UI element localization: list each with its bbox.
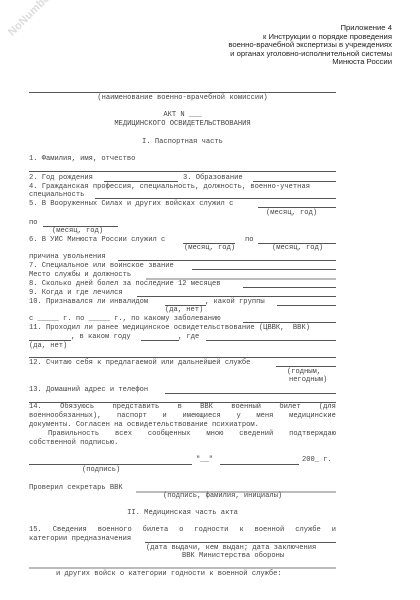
field-education-label: 3. Образование [183, 174, 243, 183]
word: и [163, 412, 167, 421]
word: всех [115, 430, 132, 439]
signature-caption: (подпись) [82, 466, 120, 475]
pledge-line-1: 14. Обязуюсь представить в ВВК военный б… [29, 403, 336, 412]
signature-field[interactable] [29, 464, 192, 465]
field-disability-label: 10. Признавался ли инвалидом [29, 298, 148, 307]
document-page: NoNumber.ru Приложение 4 к Инструкции о … [0, 0, 420, 600]
word: имеющиеся [182, 412, 220, 421]
word: ВВК [200, 403, 213, 412]
word: к [239, 526, 243, 535]
commission-caption: (наименование военно-врачебной комиссии) [29, 94, 336, 103]
fitness-field[interactable] [276, 366, 336, 367]
birth-year-field[interactable] [104, 181, 178, 182]
disability-period-label: с _____ г. по _____ г., по какому заболе… [29, 315, 221, 324]
appendix-line: Минюста России [228, 58, 392, 67]
field-fitness-label: 12. Считаю себя к предлагаемой или дальн… [29, 359, 250, 368]
military-id-caption-2: ВВК Министерства обороны [182, 552, 284, 561]
word: службе [295, 526, 321, 535]
field-uis-service-label: 6. В УИС Минюста России служил с [29, 236, 165, 245]
previous-exam-where-label: , где [178, 333, 199, 342]
word: военной [255, 526, 285, 535]
previous-exam-year-label: , в каком году [71, 333, 131, 342]
field-sick-days-label: 8. Сколько дней болел за последние 12 ме… [29, 280, 221, 289]
previous-exam-where-field[interactable] [206, 340, 336, 341]
month-year-caption: (месяц, год) [52, 227, 103, 236]
date-day[interactable]: "__" [196, 456, 213, 465]
disability-disease-field[interactable] [243, 322, 336, 323]
act-number: АКТ N ___ [29, 111, 336, 120]
service-place-label: Место службы и должность [29, 271, 131, 280]
treatment-field[interactable] [137, 296, 336, 297]
military-id-field[interactable] [145, 542, 336, 543]
full-name-field[interactable] [29, 171, 336, 172]
month-year-caption: (месяц, год) [266, 209, 317, 218]
rank-field[interactable] [192, 269, 336, 270]
field-rank-label: 7. Специальное или воинское звание [29, 262, 174, 271]
pledge-line-5: собственной подписью. [29, 439, 118, 448]
word: 15. [29, 526, 42, 535]
word: в [178, 403, 182, 412]
date-month-field[interactable] [220, 464, 299, 465]
disability-group-label: , какой группы [205, 298, 265, 307]
word: годности [194, 526, 228, 535]
word: военного [98, 526, 132, 535]
word: Правильность [48, 430, 99, 439]
address-field[interactable] [165, 393, 336, 394]
word: билета [143, 526, 169, 535]
pledge-line-4: Правильность всех сообщенных мною сведен… [48, 430, 336, 439]
to-label: по [29, 219, 38, 228]
education-field[interactable] [253, 181, 336, 182]
secretary-caption: (подпись, фамилия, инициалы) [163, 492, 282, 501]
pledge-line-3: документы. Согласен на освидетельствован… [29, 421, 259, 430]
previous-exam-extra-field[interactable] [29, 357, 336, 358]
yes-no-caption: (да, нет) [29, 342, 67, 351]
military-id-field-2[interactable] [29, 567, 336, 569]
section2-title: II. Медицинская часть акта [29, 509, 336, 518]
profession-field[interactable] [95, 198, 336, 199]
word: (для [319, 403, 336, 412]
month-year-caption: (месяц, год) [184, 244, 235, 253]
field-armed-forces-label: 5. В Вооруженных Силах и других войсках … [29, 200, 233, 209]
section1-title: I. Паспортная часть [29, 138, 336, 147]
military-id-line-1: 15. Сведения военного билета о годности … [29, 526, 336, 535]
sick-days-field[interactable] [243, 287, 336, 288]
field-birth-year-label: 2. Год рождения [29, 174, 93, 183]
word: мною [206, 430, 223, 439]
field-treatment-label: 9. Когда и где лечился [29, 289, 123, 298]
act-title: МЕДИЦИНСКОГО ОСВИДЕТЕЛЬСТВОВАНИЯ [29, 120, 336, 129]
checked-by-label: Проверил секретарь ВВК [29, 484, 123, 493]
appendix-note: Приложение 4 к Инструкции о порядке пров… [228, 24, 392, 67]
military-id-line-3: и других войск о категории годности к во… [56, 570, 282, 579]
word: военнообязанных), [29, 412, 101, 421]
word: и [332, 526, 336, 535]
to-label: по [245, 236, 254, 245]
fit-unfit-caption: негодным) [289, 376, 327, 385]
word: меня [256, 412, 273, 421]
field-previous-exam-label: 11. Проходил ли ранее медицинское освиде… [29, 324, 310, 333]
field-profession-label-2: специальность [29, 191, 84, 200]
field-full-name-label: 1. Фамилия, имя, отчество [29, 155, 135, 164]
word: у [236, 412, 240, 421]
watermark: NoNumber.ru [6, 0, 65, 38]
dismissal-reason-field[interactable] [118, 260, 336, 261]
date-year: 200_ г. [302, 456, 332, 465]
dismissal-reason-label: причина увольнения [29, 253, 106, 262]
pledge-line-2: военнообязанных), паспорт и имеющиеся у … [29, 412, 336, 421]
word: сведений [239, 430, 273, 439]
word: представить [112, 403, 159, 412]
word: подтверждаю [289, 430, 336, 439]
word: паспорт [117, 412, 147, 421]
word: Сведения [53, 526, 87, 535]
word: медицинские [289, 412, 336, 421]
word: Обязуюсь [60, 403, 94, 412]
word: билет [279, 403, 300, 412]
word: военный [231, 403, 261, 412]
word: 14. [29, 403, 42, 412]
previous-exam-field[interactable] [29, 340, 71, 341]
previous-exam-year-field[interactable] [141, 340, 179, 341]
word: сообщенных [148, 430, 191, 439]
armed-forces-from-field[interactable] [258, 207, 336, 208]
yes-no-caption: (да, нет) [165, 306, 203, 315]
military-id-line-2: категории предназначения [29, 535, 131, 544]
field-address-label: 13. Домашний адрес и телефон [29, 386, 148, 395]
month-year-caption: (месяц, год) [272, 244, 323, 253]
disability-group-field[interactable] [277, 305, 336, 306]
commission-name-field[interactable] [29, 92, 336, 93]
word: о [179, 526, 183, 535]
